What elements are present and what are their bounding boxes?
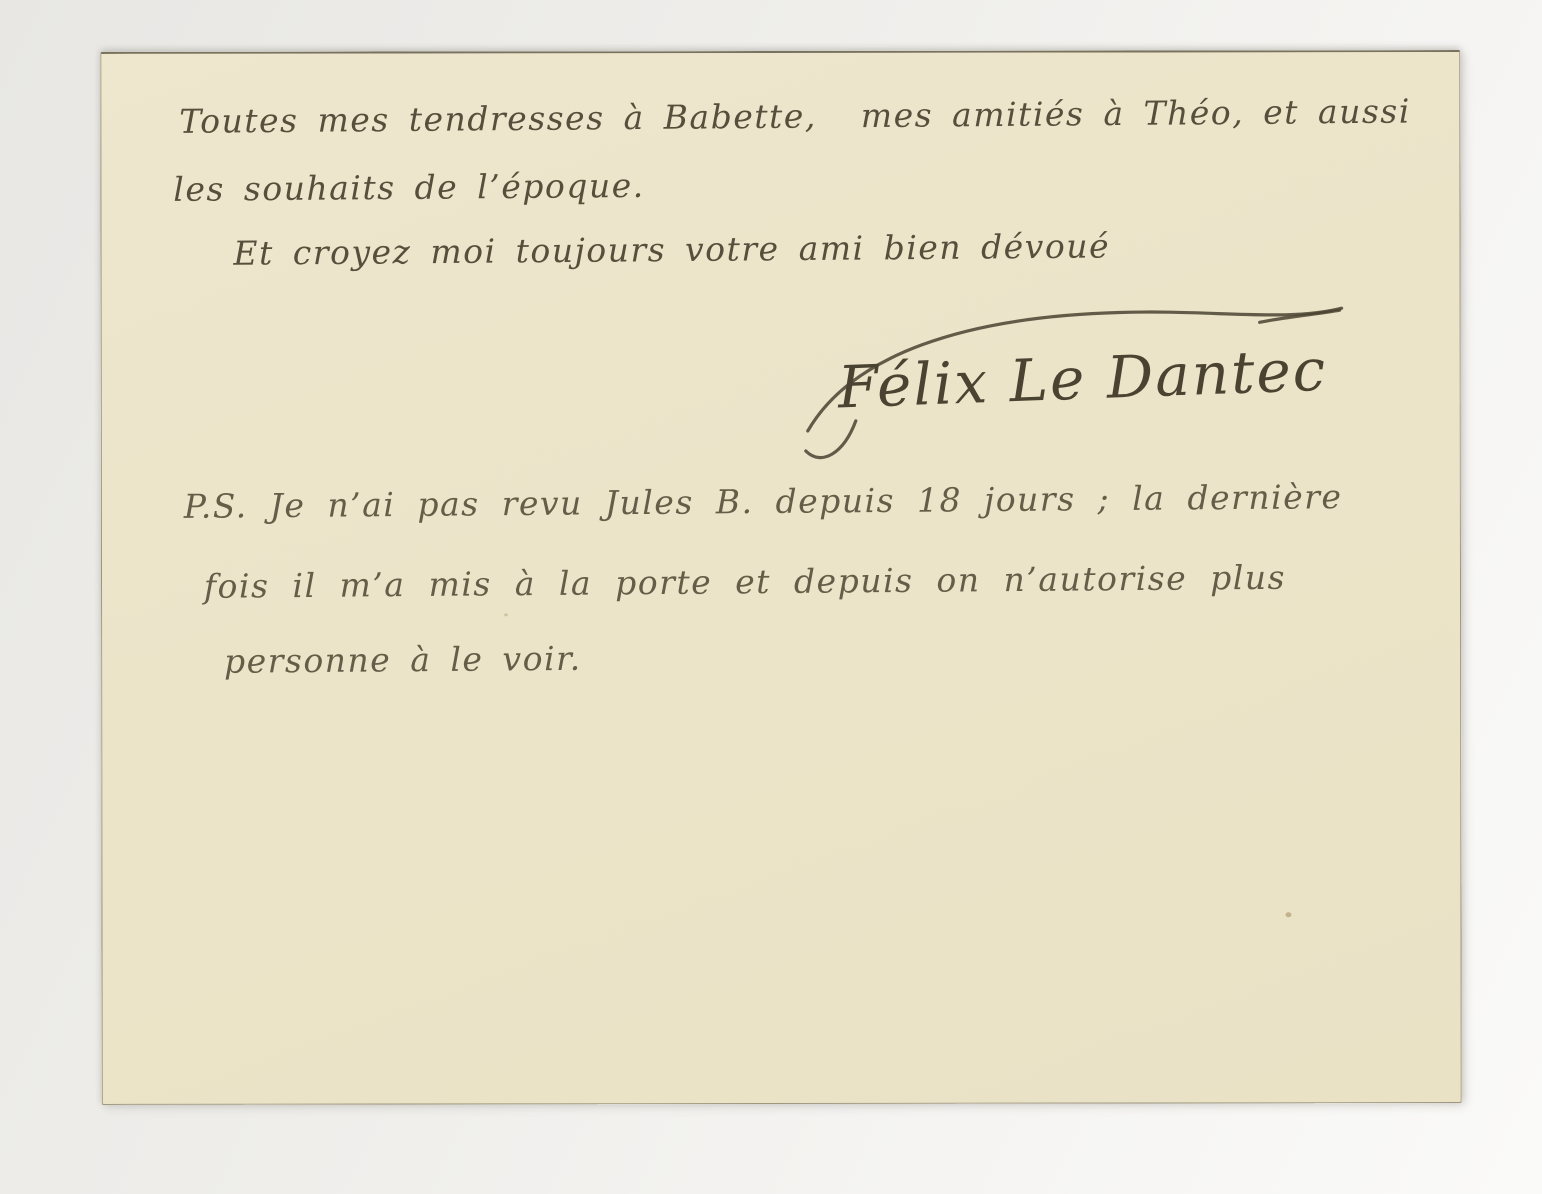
signature-block: Félix Le Dantec	[790, 292, 1355, 478]
postscript-line-1: P.S. Je n’ai pas revu Jules B. depuis 18…	[184, 477, 1343, 526]
letter-line-2: les souhaits de l’époque.	[173, 166, 645, 209]
signature: Félix Le Dantec	[837, 336, 1329, 422]
letter-line-3: Et croyez moi toujours votre ami bien dé…	[233, 226, 1110, 272]
postscript-line-3: personne à le voir.	[224, 639, 582, 681]
letter-card: Toutes mes tendresses à Babette, mes ami…	[100, 50, 1461, 1105]
paper-speck	[1285, 912, 1291, 917]
letter-line-1: Toutes mes tendresses à Babette, mes ami…	[179, 92, 1411, 141]
line1-amities-text: mes amitiés à Théo, et aussi	[861, 92, 1411, 136]
scan-background: Toutes mes tendresses à Babette, mes ami…	[0, 0, 1542, 1194]
paper-speck	[504, 613, 508, 616]
postscript-line-2: fois il m’a mis à la porte et depuis on …	[204, 558, 1286, 606]
line1-tendresses-text: Toutes mes tendresses à Babette,	[179, 96, 817, 140]
